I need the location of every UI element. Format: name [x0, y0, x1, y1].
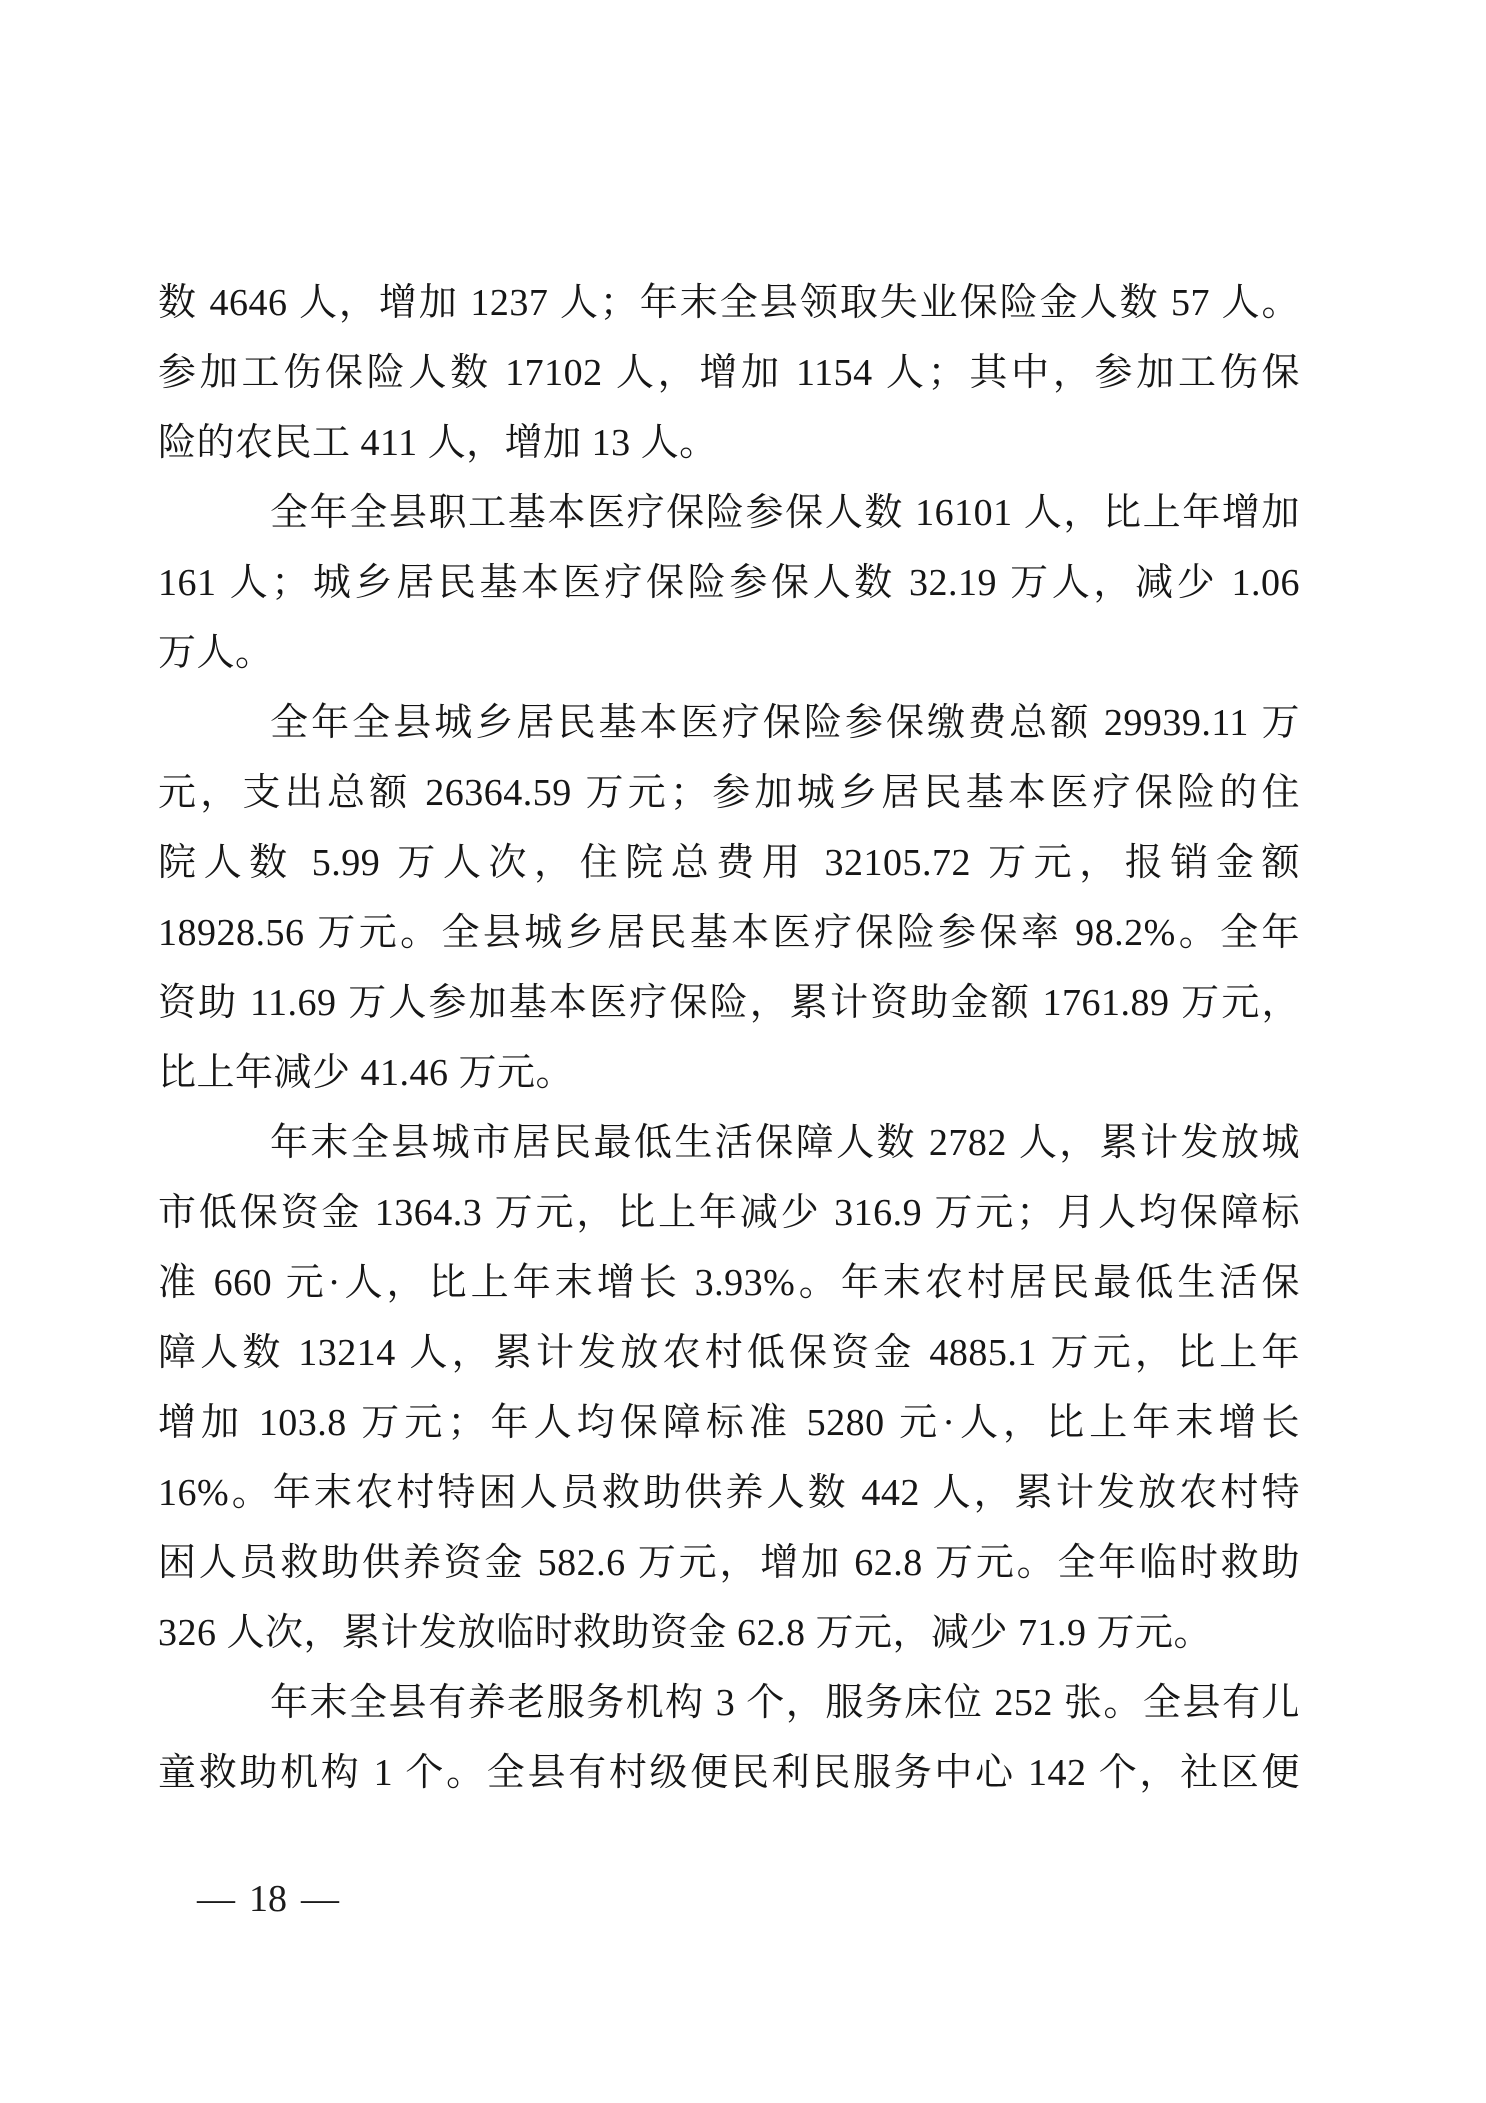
body-line: 市低保资金 1364.3 万元，比上年减少 316.9 万元；月人均保障标 [158, 1178, 1300, 1248]
document-page: 数 4646 人，增加 1237 人；年末全县领取失业保险金人数 57 人。 参… [0, 0, 1486, 2103]
body-line: 年末全县有养老服务机构 3 个，服务床位 252 张。全县有儿 [158, 1668, 1300, 1738]
body-line: 元，支出总额 26364.59 万元；参加城乡居民基本医疗保险的住 [158, 758, 1300, 828]
body-line: 增加 103.8 万元；年人均保障标准 5280 元·人，比上年末增长 [158, 1388, 1300, 1458]
footer-dash-right: — [301, 1878, 339, 1920]
body-line: 童救助机构 1 个。全县有村级便民利民服务中心 142 个，社区便 [158, 1738, 1300, 1808]
body-line: 万人。 [158, 618, 1300, 688]
body-line: 险的农民工 411 人，增加 13 人。 [158, 408, 1300, 478]
body-line: 资助 11.69 万人参加基本医疗保险，累计资助金额 1761.89 万元， [158, 968, 1300, 1038]
body-line: 年末全县城市居民最低生活保障人数 2782 人，累计发放城 [158, 1108, 1300, 1178]
body-line: 326 人次，累计发放临时救助资金 62.8 万元，减少 71.9 万元。 [158, 1598, 1300, 1668]
body-line: 161 人；城乡居民基本医疗保险参保人数 32.19 万人，减少 1.06 [158, 548, 1300, 618]
body-line: 16%。年末农村特困人员救助供养人数 442 人，累计发放农村特 [158, 1458, 1300, 1528]
page-number: 18 [249, 1878, 287, 1920]
body-text-block: 数 4646 人，增加 1237 人；年末全县领取失业保险金人数 57 人。 参… [158, 268, 1300, 1808]
body-line: 参加工伤保险人数 17102 人，增加 1154 人；其中，参加工伤保 [158, 338, 1300, 408]
body-line: 困人员救助供养资金 582.6 万元，增加 62.8 万元。全年临时救助 [158, 1528, 1300, 1598]
body-line: 院人数 5.99 万人次，住院总费用 32105.72 万元，报销金额 [158, 828, 1300, 898]
body-line: 准 660 元·人，比上年末增长 3.93%。年末农村居民最低生活保 [158, 1248, 1300, 1318]
body-line: 障人数 13214 人，累计发放农村低保资金 4885.1 万元，比上年 [158, 1318, 1300, 1388]
body-line: 数 4646 人，增加 1237 人；年末全县领取失业保险金人数 57 人。 [158, 268, 1300, 338]
page-footer: —18— [197, 1878, 339, 1920]
body-line: 比上年减少 41.46 万元。 [158, 1038, 1300, 1108]
body-line: 全年全县职工基本医疗保险参保人数 16101 人，比上年增加 [158, 478, 1300, 548]
body-line: 全年全县城乡居民基本医疗保险参保缴费总额 29939.11 万 [158, 688, 1300, 758]
body-line: 18928.56 万元。全县城乡居民基本医疗保险参保率 98.2%。全年 [158, 898, 1300, 968]
footer-dash-left: — [197, 1878, 235, 1920]
